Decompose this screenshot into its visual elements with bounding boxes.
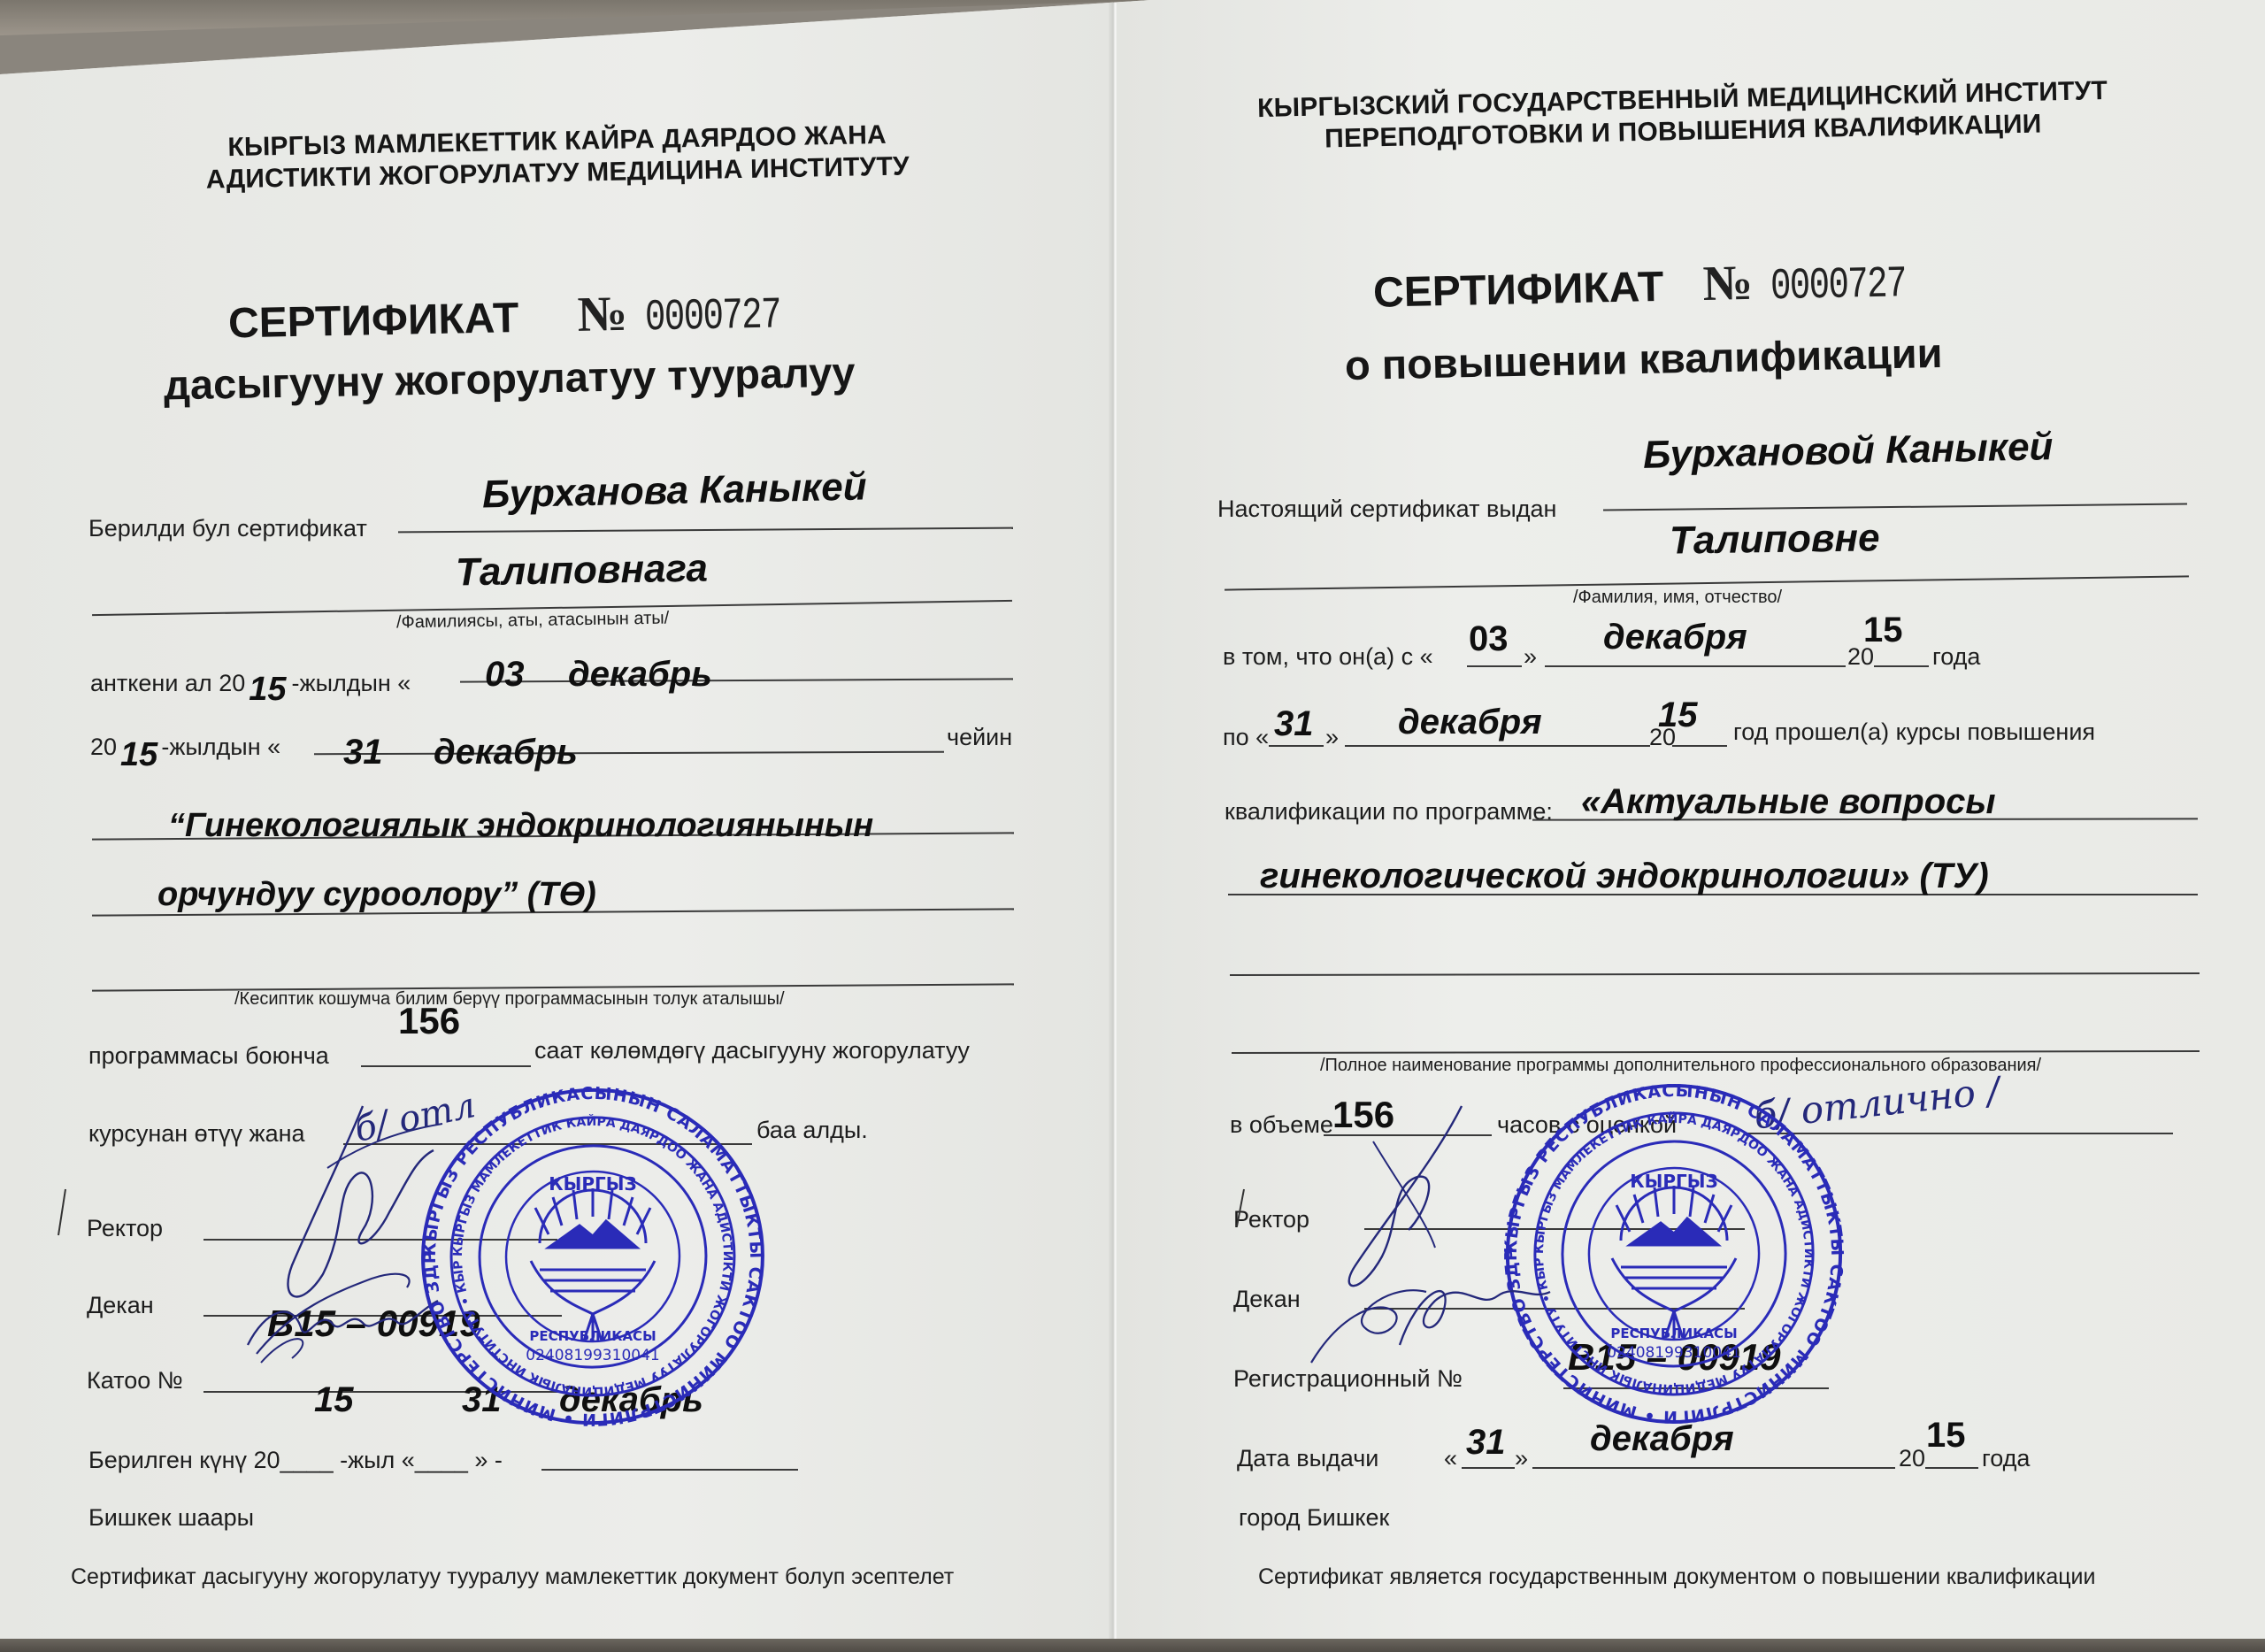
program-caption: /Кесиптик кошумча билим берүү программас… xyxy=(234,989,785,1010)
to-day: 31 xyxy=(1274,704,1314,744)
to-mid: -жылдын « xyxy=(161,734,280,760)
hours-suffix: саат көлөмдөгү дасыгууну жогорулатуу xyxy=(534,1037,970,1064)
program-name-line-2: орчундуу суроолору” (ТӨ) xyxy=(157,876,596,914)
from-mid: -жылдын « xyxy=(292,670,411,696)
certificate-word: СЕРТИФИКАТ xyxy=(228,295,519,347)
program-prefix: квалификации по программе: xyxy=(1225,798,1553,826)
to-day-line xyxy=(1269,745,1324,747)
from-day-line xyxy=(1467,665,1522,667)
rector-label: Ректор xyxy=(87,1215,163,1242)
program-caption: /Полное наименование программы дополните… xyxy=(1320,1056,2041,1076)
issue-suffix: года xyxy=(1982,1445,2030,1472)
number-sign: № xyxy=(1702,256,1754,311)
name-caption: /Фамилиясы, аты, атасынын аты/ xyxy=(396,609,670,634)
certificate-subtitle: о повышении квалификации xyxy=(1344,328,1943,389)
from-month: декабрь xyxy=(568,655,712,695)
to-suffix: год прошел(а) курсы повышения xyxy=(1733,718,2095,746)
from-month: декабря xyxy=(1603,618,1747,657)
to-year-line xyxy=(1672,745,1727,747)
city: Бишкек шаары xyxy=(88,1504,254,1532)
program-name-line-1: «Актуальные вопросы xyxy=(1581,782,1996,822)
official-seal-left: КЫРГЫЗ РЕСПУБЛИКАСЫНЫН САЛАМАТТЫКТЫ САКТ… xyxy=(416,1084,770,1429)
hours-value: 156 xyxy=(398,1000,460,1042)
dean-label: Декан xyxy=(87,1292,154,1319)
issue-year-prefix: 20 xyxy=(1899,1445,1925,1472)
issued-label: Настоящий сертификат выдан xyxy=(1217,496,1556,523)
from-prefix: анткени ал 20 xyxy=(90,670,245,696)
footer-note: Сертификат является государственным доку… xyxy=(1258,1564,2095,1590)
registration-label: Катоо № xyxy=(87,1367,183,1395)
svg-text:02408199310041: 02408199310041 xyxy=(1607,1344,1740,1362)
from-date-line xyxy=(460,678,1013,682)
to-month-line xyxy=(1345,745,1650,747)
serial-number: 0000727 xyxy=(645,290,781,343)
serial-number: 0000727 xyxy=(1770,259,1907,312)
issue-date-label: Дата выдачи xyxy=(1237,1445,1378,1472)
to-suffix: чейин xyxy=(947,724,1012,751)
svg-text:КЫРГЫЗ РЕСПУБЛИКАСЫНЫН САЛАМАТ: КЫРГЫЗ РЕСПУБЛИКАСЫНЫН САЛАМАТТЫКТЫ САКТ… xyxy=(416,1084,765,1429)
recipient-name-line-1: Бурхановой Каныкей xyxy=(1643,425,2054,478)
program-name-line-2: гинекологической эндокринологии» (ТУ) xyxy=(1260,857,1989,896)
svg-text:КЫРГЫЗ РЕСПУБЛИКАСЫНЫН САЛАМАТ: КЫРГЫЗ РЕСПУБЛИКАСЫНЫН САЛАМАТТЫКТЫ САКТ… xyxy=(1497,1081,1847,1426)
issue-day: 31 xyxy=(1466,1423,1506,1463)
from-year: 15 xyxy=(1863,611,1903,650)
institution-name: КЫРГЫЗСКИЙ ГОСУДАРСТВЕННЫЙ МЕДИЦИНСКИЙ И… xyxy=(1204,74,2161,158)
issue-close-quote: » xyxy=(1515,1445,1528,1472)
recipient-name-line-2: Талиповне xyxy=(1670,516,1880,563)
certificate-booklet: КЫРГЫЗ МАМЛЕКЕТТИК КАЙРА ДАЯРДОО ЖАНА АД… xyxy=(0,0,2265,1639)
issue-open-quote: « xyxy=(1444,1445,1457,1472)
hours-prefix: программасы боюнча xyxy=(88,1042,329,1070)
certificate-heading: СЕРТИФИКАТ № 0000727 xyxy=(227,282,819,352)
city: город Бишкек xyxy=(1239,1504,1389,1532)
from-year: 15 xyxy=(249,671,286,708)
recipient-name-line-2: Талиповнага xyxy=(456,547,709,595)
footer-note: Сертификат дасыгууну жогорулатуу тууралу… xyxy=(71,1564,954,1590)
from-suffix: года xyxy=(1932,643,1980,671)
to-prefix: 20 xyxy=(90,734,117,760)
issue-date-line: Берилген күнү 20____ -жыл «____ » - xyxy=(88,1447,503,1474)
certificate-word: СЕРТИФИКАТ xyxy=(1373,264,1664,317)
institution-name: КЫРГЫЗ МАМЛЕКЕТТИК КАЙРА ДАЯРДОО ЖАНА АД… xyxy=(167,119,947,197)
from-day: 03 xyxy=(1469,619,1509,659)
right-margin-mark xyxy=(1232,1186,1249,1230)
to-quote-close: » xyxy=(1325,724,1339,751)
issue-day-line xyxy=(1462,1467,1515,1469)
left-margin-mark xyxy=(53,1186,71,1239)
issue-month-line xyxy=(1532,1467,1895,1469)
certificate-heading: СЕРТИФИКАТ № 0000727 xyxy=(1372,250,1945,321)
to-year: 15 xyxy=(120,736,157,773)
recipient-name-line-1: Бурханова Каныкей xyxy=(482,465,868,517)
program-line-3 xyxy=(1230,972,2200,976)
issue-date-month-line xyxy=(541,1469,798,1471)
issued-label: Берилди бул сертификат xyxy=(88,515,367,542)
name-caption: /Фамилия, имя, отчество/ xyxy=(1573,588,1782,608)
svg-text:02408199310041: 02408199310041 xyxy=(526,1347,659,1364)
program-name-line-1: “Гинекологиялык эндокринологиянынын xyxy=(168,807,873,845)
from-day: 03 xyxy=(485,655,525,695)
issue-year-line xyxy=(1925,1467,1978,1469)
to-prefix: по « xyxy=(1223,724,1269,751)
course-suffix: баа алды. xyxy=(756,1117,868,1144)
dean-signature xyxy=(1382,1256,1559,1363)
course-start-line: анткени ал 2015-жылдын « xyxy=(90,662,411,700)
certificate-subtitle: дасыгууну жогорулатуу тууралуу xyxy=(164,348,856,410)
to-month: декабря xyxy=(1398,703,1542,742)
to-month: декабрь xyxy=(434,733,578,772)
to-year: 15 xyxy=(1658,695,1698,735)
from-month-line xyxy=(1545,665,1846,667)
left-page-kyrgyz: КЫРГЫЗ МАМЛЕКЕТТИК КАЙРА ДАЯРДОО ЖАНА АД… xyxy=(0,0,1113,1639)
name-line-1 xyxy=(398,527,1013,534)
official-seal-right: КЫРГЫЗ РЕСПУБЛИКАСЫНЫН САЛАМАТТЫКТЫ САКТ… xyxy=(1497,1081,1851,1426)
background-surface-bottom xyxy=(0,1637,2265,1652)
name-line-1 xyxy=(1603,503,2187,511)
to-day: 31 xyxy=(343,733,383,772)
from-quote-close: » xyxy=(1524,643,1537,671)
issue-year: 15 xyxy=(1926,1416,1966,1456)
from-prefix: в том, что он(а) с « xyxy=(1223,643,1433,671)
program-line-4 xyxy=(1232,1050,2200,1054)
to-date-line xyxy=(314,751,944,755)
right-page-russian: КЫРГЫЗСКИЙ ГОСУДАРСТВЕННЫЙ МЕДИЦИНСКИЙ И… xyxy=(1117,0,2265,1639)
hours-line xyxy=(361,1065,531,1067)
registration-date-year: 15 xyxy=(314,1380,354,1420)
from-year-line xyxy=(1874,665,1929,667)
number-sign: № xyxy=(577,287,627,342)
course-end-line: 2015-жылдын « xyxy=(90,726,280,764)
